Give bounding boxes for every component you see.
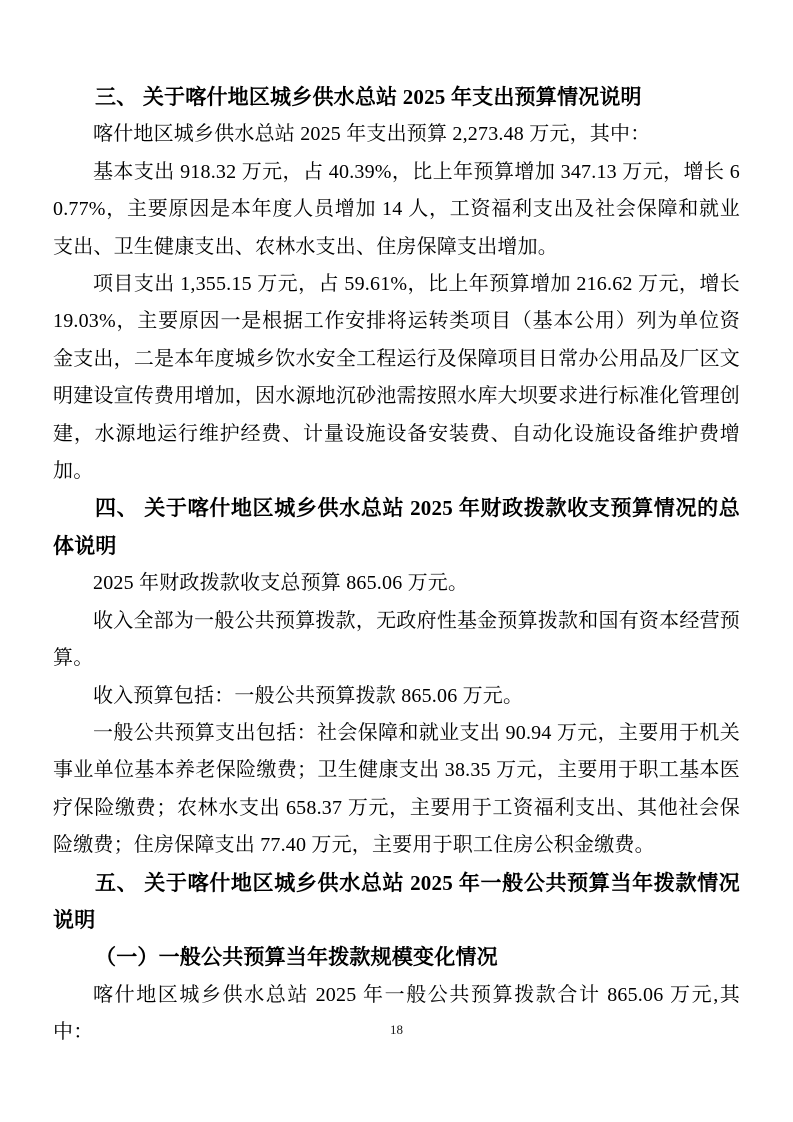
- paragraph-total-expenditure: 喀什地区城乡供水总站 2025 年支出预算 2,273.48 万元，其中：: [53, 116, 740, 153]
- paragraph-project-expenditure: 项目支出 1,355.15 万元，占 59.61%，比上年预算增加 216.62…: [53, 266, 740, 490]
- paragraph-appropriation-total: 喀什地区城乡供水总站 2025 年一般公共预算拨款合计 865.06 万元,其中…: [53, 977, 740, 1052]
- paragraph-basic-expenditure: 基本支出 918.32 万元，占 40.39%，比上年预算增加 347.13 万…: [53, 154, 740, 266]
- section-heading-5-current-year-appropriation: 五、 关于喀什地区城乡供水总站 2025 年一般公共预算当年拨款情况说明: [53, 865, 740, 940]
- subsection-heading-1-appropriation-scale-change: （一）一般公共预算当年拨款规模变化情况: [53, 939, 740, 976]
- paragraph-fiscal-total-budget: 2025 年财政拨款收支总预算 865.06 万元。: [53, 565, 740, 602]
- page-number: 18: [0, 1022, 793, 1038]
- document-page: 三、 关于喀什地区城乡供水总站 2025 年支出预算情况说明 喀什地区城乡供水总…: [0, 0, 793, 1122]
- section-heading-3-expenditure-budget: 三、 关于喀什地区城乡供水总站 2025 年支出预算情况说明: [53, 79, 740, 116]
- paragraph-revenue-budget-includes: 收入预算包括：一般公共预算拨款 865.06 万元。: [53, 678, 740, 715]
- document-body: 三、 关于喀什地区城乡供水总站 2025 年支出预算情况说明 喀什地区城乡供水总…: [53, 79, 740, 1052]
- section-heading-4-fiscal-appropriation-overview: 四、 关于喀什地区城乡供水总站 2025 年财政拨款收支预算情况的总体说明: [53, 490, 740, 565]
- paragraph-public-budget-expenditure-breakdown: 一般公共预算支出包括：社会保障和就业支出 90.94 万元，主要用于机关事业单位…: [53, 715, 740, 865]
- paragraph-revenue-source: 收入全部为一般公共预算拨款，无政府性基金预算拨款和国有资本经营预算。: [53, 603, 740, 678]
